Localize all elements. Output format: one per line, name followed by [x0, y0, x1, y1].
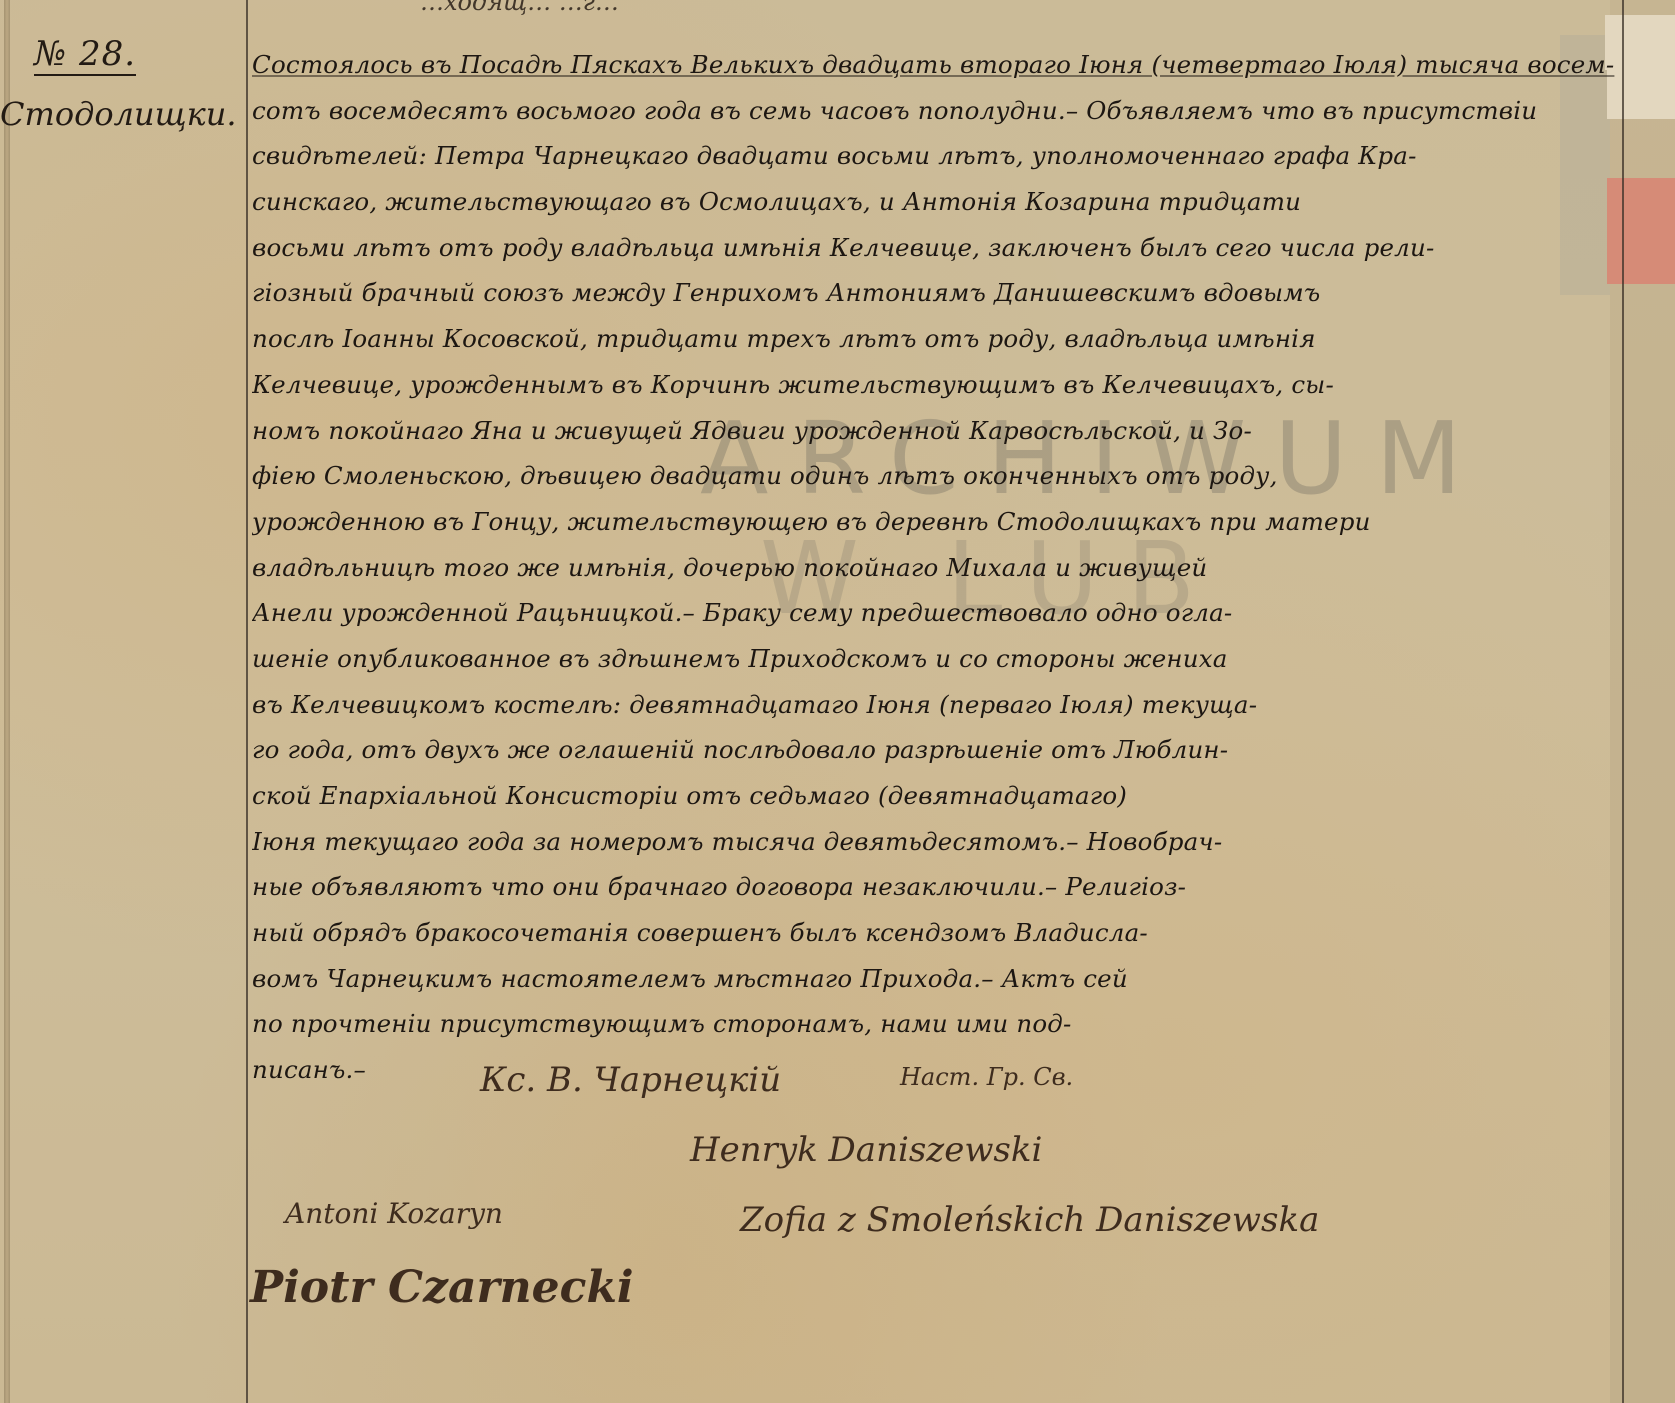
signature-witness-2: Piotr Czarnecki	[250, 1262, 634, 1313]
village-name: Стодолищки.	[0, 95, 237, 133]
signature-priest-title: Наст. Гр. Св.	[900, 1063, 1073, 1091]
body-line: ской Епархіальной Консисторіи отъ седьма…	[252, 773, 1617, 819]
cut-off-previous-line: …ходящ… …г…	[420, 0, 619, 16]
signature-priest: Кс. В. Чарнецкій	[480, 1060, 781, 1100]
body-line: Состоялось въ Посадѣ Пяскахъ Велькихъ дв…	[252, 42, 1617, 88]
color-calibration-tab-light-2	[1607, 66, 1675, 119]
body-line: Іюня текущаго года за номеромъ тысяча де…	[252, 819, 1617, 865]
body-line: шеніе опубликованное въ здѣшнемъ Приходс…	[252, 636, 1617, 682]
body-line: Анели урожденной Рацьницкой.– Браку сему…	[252, 590, 1617, 636]
body-line: вомъ Чарнецкимъ настоятелемъ мѣстнаго Пр…	[252, 956, 1617, 1002]
binding-edge	[4, 0, 10, 1403]
body-line: синскаго, жительствующаго въ Осмолицахъ,…	[252, 179, 1617, 225]
body-line: номъ покойнаго Яна и живущей Ядвиги урож…	[252, 408, 1617, 454]
body-line: ные объявляютъ что они брачнаго договора…	[252, 864, 1617, 910]
body-line: въ Келчевицкомъ костелѣ: девятнадцатаго …	[252, 682, 1617, 728]
document-page: ARCHIWUM W LUB № 28. Стодолищки. …ходящ……	[0, 0, 1675, 1403]
record-number-text: № 28.	[34, 34, 136, 76]
record-body: Состоялось въ Посадѣ Пяскахъ Велькихъ дв…	[252, 42, 1617, 1093]
body-line: Келчевице, урожденнымъ въ Корчинѣ житель…	[252, 362, 1617, 408]
body-line: фіею Смоленьскою, дѣвицею двадцати одинъ…	[252, 453, 1617, 499]
body-line: восьми лѣтъ отъ роду владѣльца имѣнія Ке…	[252, 225, 1617, 271]
body-line: по прочтеніи присутствующимъ сторонамъ, …	[252, 1001, 1617, 1047]
record-number: № 28.	[34, 34, 136, 74]
color-calibration-tab-red	[1607, 178, 1675, 284]
signature-groom: Henryk Daniszewski	[690, 1130, 1042, 1170]
body-line: послѣ Іоанны Косовской, тридцати трехъ л…	[252, 316, 1617, 362]
left-margin-rule	[246, 0, 248, 1403]
signature-witness-1: Antoni Kozaryn	[285, 1197, 503, 1230]
body-line: гіозный брачный союзъ между Генрихомъ Ан…	[252, 270, 1617, 316]
body-line: свидѣтелей: Петра Чарнецкаго двадцати во…	[252, 133, 1617, 179]
body-line: урожденною въ Гонцу, жительствующею въ д…	[252, 499, 1617, 545]
right-margin-rule	[1622, 0, 1624, 1403]
signature-bride: Zofia z Smoleńskich Daniszewska	[740, 1200, 1319, 1240]
body-line: ный обрядъ бракосочетанія совершенъ былъ…	[252, 910, 1617, 956]
body-line: го года, отъ двухъ же оглашеній послѣдов…	[252, 727, 1617, 773]
body-line: владѣльницѣ того же имѣнія, дочерью поко…	[252, 545, 1617, 591]
body-line: сотъ восемдесятъ восьмого года въ семь ч…	[252, 88, 1617, 134]
